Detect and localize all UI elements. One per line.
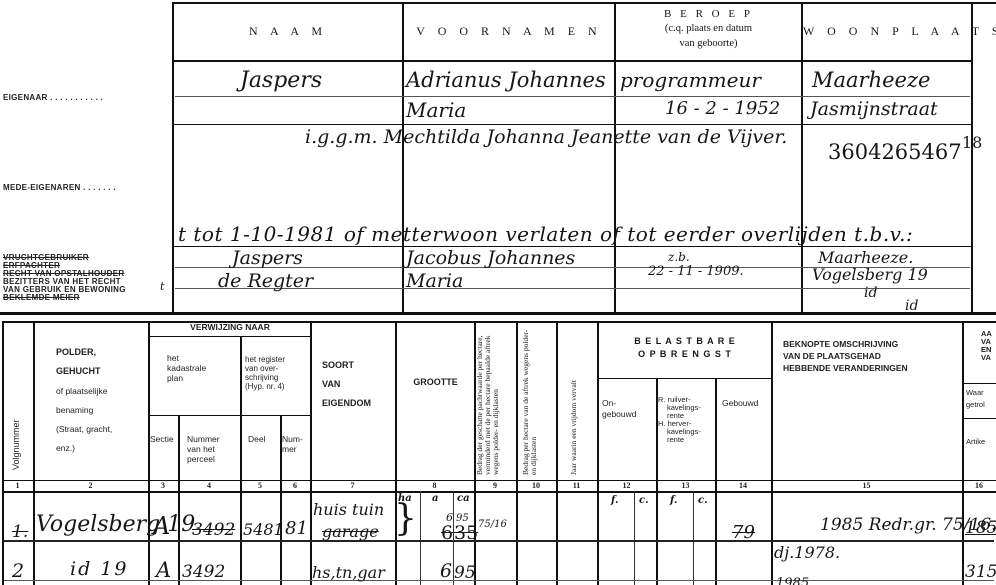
- colnum-4: 4: [178, 481, 240, 490]
- header-col10: Bedrag per hectare van de aftrek wegens …: [522, 323, 552, 475]
- eigenaar-geboorte: 16 - 2 - 1952: [665, 98, 780, 119]
- gebruik-id-1: id: [864, 285, 877, 301]
- eigenaar-voornamen-1: Adrianus Johannes: [406, 68, 606, 92]
- row1-sectie: A: [153, 512, 170, 540]
- header-naam: N A A M: [174, 24, 402, 39]
- row1-soort-1: huis tuin: [313, 500, 384, 519]
- eigenaar-note: i.g.g.m. Mechtilda Johanna Jeanette van …: [305, 126, 787, 148]
- header-kadastrale: het kadastrale plan: [167, 353, 206, 383]
- gebruik-straat: Vogelsberg 19: [812, 265, 928, 284]
- eigenaar-voornamen-2: Maria: [406, 98, 466, 122]
- header-belastbare-2: O P B R E N G S T: [599, 349, 771, 359]
- label-marker: t: [160, 280, 164, 293]
- row1-brace: }: [394, 498, 417, 539]
- row1-col9: 75/16: [478, 519, 507, 530]
- colnum-1: 1: [2, 481, 33, 490]
- header-voornamen: V O O R N A M E N: [404, 24, 614, 39]
- gebruik-beroep: z.b.: [668, 250, 690, 264]
- eigenaar-beroep: programmeur: [620, 68, 761, 92]
- colnum-7: 7: [310, 481, 395, 490]
- header-r-rente: R. ruilver- kavelings- rente H. herver- …: [658, 396, 701, 444]
- eigenaar-straat: Jasmijnstraat: [810, 98, 938, 120]
- header-getrok: getrol: [966, 400, 985, 410]
- row1-grootte-a: 6: [441, 522, 453, 544]
- colnum-9: 9: [474, 481, 516, 490]
- gebruik-naam-2: de Regter: [218, 270, 313, 292]
- header-nummer-perceel: Nummer van het perceel: [187, 434, 220, 464]
- header-col16: AA VA EN VA: [981, 330, 992, 362]
- header-omschrijving: BEKNOPTE OMSCHRIJVING VAN DE PLAATSGEHAD…: [783, 338, 908, 374]
- header-col11: Jaar waarin een vrijdom vervalt: [570, 323, 578, 475]
- header-col9: Bedrag der geschatte pachtwaarde per hec…: [476, 323, 516, 475]
- label-beklemde-meier: BEKLEMDE MEIER: [3, 293, 80, 302]
- eigenaar-number-suffix: 18: [962, 133, 982, 152]
- header-beroep-sub2: van geboorte): [616, 38, 801, 49]
- header-verwijzing: VERWIJZING NAAR: [150, 320, 310, 335]
- unit-f1: f.: [611, 495, 618, 506]
- header-soort: SOORT VAN EIGENDOM: [322, 356, 371, 413]
- row1-perceel: 3492: [192, 520, 235, 540]
- header-polder-5: (Straat, gracht,: [56, 424, 112, 434]
- label-mede-eigenaren: MEDE-EIGENAREN . . . . . . .: [3, 183, 116, 192]
- row2-perceel: 3492: [182, 562, 225, 582]
- unit-f2: f.: [670, 495, 677, 506]
- eigenaar-woonplaats: Maarheeze: [812, 68, 930, 92]
- row2-soort: hs,tn,gar: [312, 563, 385, 582]
- colnum-15: 15: [771, 481, 962, 490]
- header-deel: Deel: [248, 434, 265, 444]
- colnum-14: 14: [715, 481, 771, 490]
- colnum-2: 2: [33, 481, 148, 490]
- unit-c2: c.: [698, 495, 708, 506]
- header-ongebouwd: On- gebouwd: [602, 398, 637, 420]
- unit-ca: ca: [457, 493, 470, 504]
- gebruik-naam-1: Jaspers: [232, 247, 303, 269]
- row1-grootte-ca: 35: [454, 522, 478, 544]
- unit-a: a: [432, 493, 438, 504]
- row2-grootte-a: 6: [440, 560, 452, 582]
- row2-polder: id 19: [70, 558, 128, 580]
- colnum-11: 11: [556, 481, 597, 490]
- colnum-10: 10: [516, 481, 556, 490]
- row1-veranderingen-2: dj.1978.: [774, 543, 840, 562]
- eigenaar-number: 3604265467: [828, 140, 962, 164]
- header-belastbare-1: B E L A S T B A R E: [599, 336, 771, 346]
- unit-c1: c.: [639, 495, 649, 506]
- header-waar: Waar: [966, 388, 984, 398]
- row1-volgnummer: 1.: [12, 522, 28, 542]
- header-artikel: Artike: [966, 437, 985, 447]
- row1-nummer: 81: [285, 518, 308, 539]
- row1-gebouwd: 79: [732, 522, 755, 543]
- gebruik-id-2: id: [905, 298, 918, 314]
- header-polder-3: of plaatselijke: [56, 386, 108, 396]
- row2-artikel: 315: [965, 562, 996, 582]
- header-polder-2: GEHUCHT: [56, 364, 101, 379]
- header-volgnummer: Volgnummer: [12, 410, 21, 470]
- mede-eigenaren-note: t tot 1-10-1981 of metterwoon verlaten o…: [178, 222, 913, 246]
- header-grootte: GROOTTE: [397, 375, 474, 390]
- label-eigenaar: EIGENAAR . . . . . . . . . . .: [3, 93, 103, 102]
- gebruik-geboorte: 22 - 11 - 1909.: [648, 264, 744, 279]
- header-woonplaats: W O O N P L A A T S: [803, 24, 996, 39]
- colnum-5: 5: [240, 481, 280, 490]
- row1-polder: Vogelsberg 19: [36, 512, 195, 537]
- header-polder-1: POLDER,: [56, 345, 96, 360]
- header-beroep-sub1: (c.q. plaats en datum: [616, 23, 801, 34]
- row2-grootte-ca: 95: [454, 563, 476, 583]
- row2-veranderingen: 1985: [776, 576, 809, 585]
- colnum-6: 6: [280, 481, 310, 490]
- gebruik-voornamen-2: Maria: [406, 270, 463, 292]
- row1-artikel: 1850: [965, 518, 996, 538]
- row1-soort-2: garage: [322, 522, 379, 541]
- row2-volgnummer: 2: [12, 560, 24, 582]
- colnum-12: 12: [597, 481, 656, 490]
- colnum-13: 13: [656, 481, 715, 490]
- header-polder-6: enz.): [56, 443, 75, 453]
- row1-deel: 5481: [243, 520, 284, 539]
- header-nummer: Num- mer: [282, 434, 303, 454]
- colnum-8: 8: [395, 481, 474, 490]
- header-sectie: Sectie: [150, 434, 174, 444]
- eigenaar-naam: Jaspers: [240, 68, 322, 93]
- colnum-3: 3: [148, 481, 178, 490]
- header-gebouwd: Gebouwd: [722, 398, 758, 408]
- row2-sectie: A: [156, 558, 171, 582]
- header-beroep: B E R O E P: [616, 8, 801, 20]
- colnum-16: 16: [962, 481, 996, 490]
- gebruik-voornamen-1: Jacobus Johannes: [406, 247, 575, 269]
- header-polder-4: benaming: [56, 405, 93, 415]
- header-register: het register van over- schrijving (Hyp. …: [245, 355, 285, 391]
